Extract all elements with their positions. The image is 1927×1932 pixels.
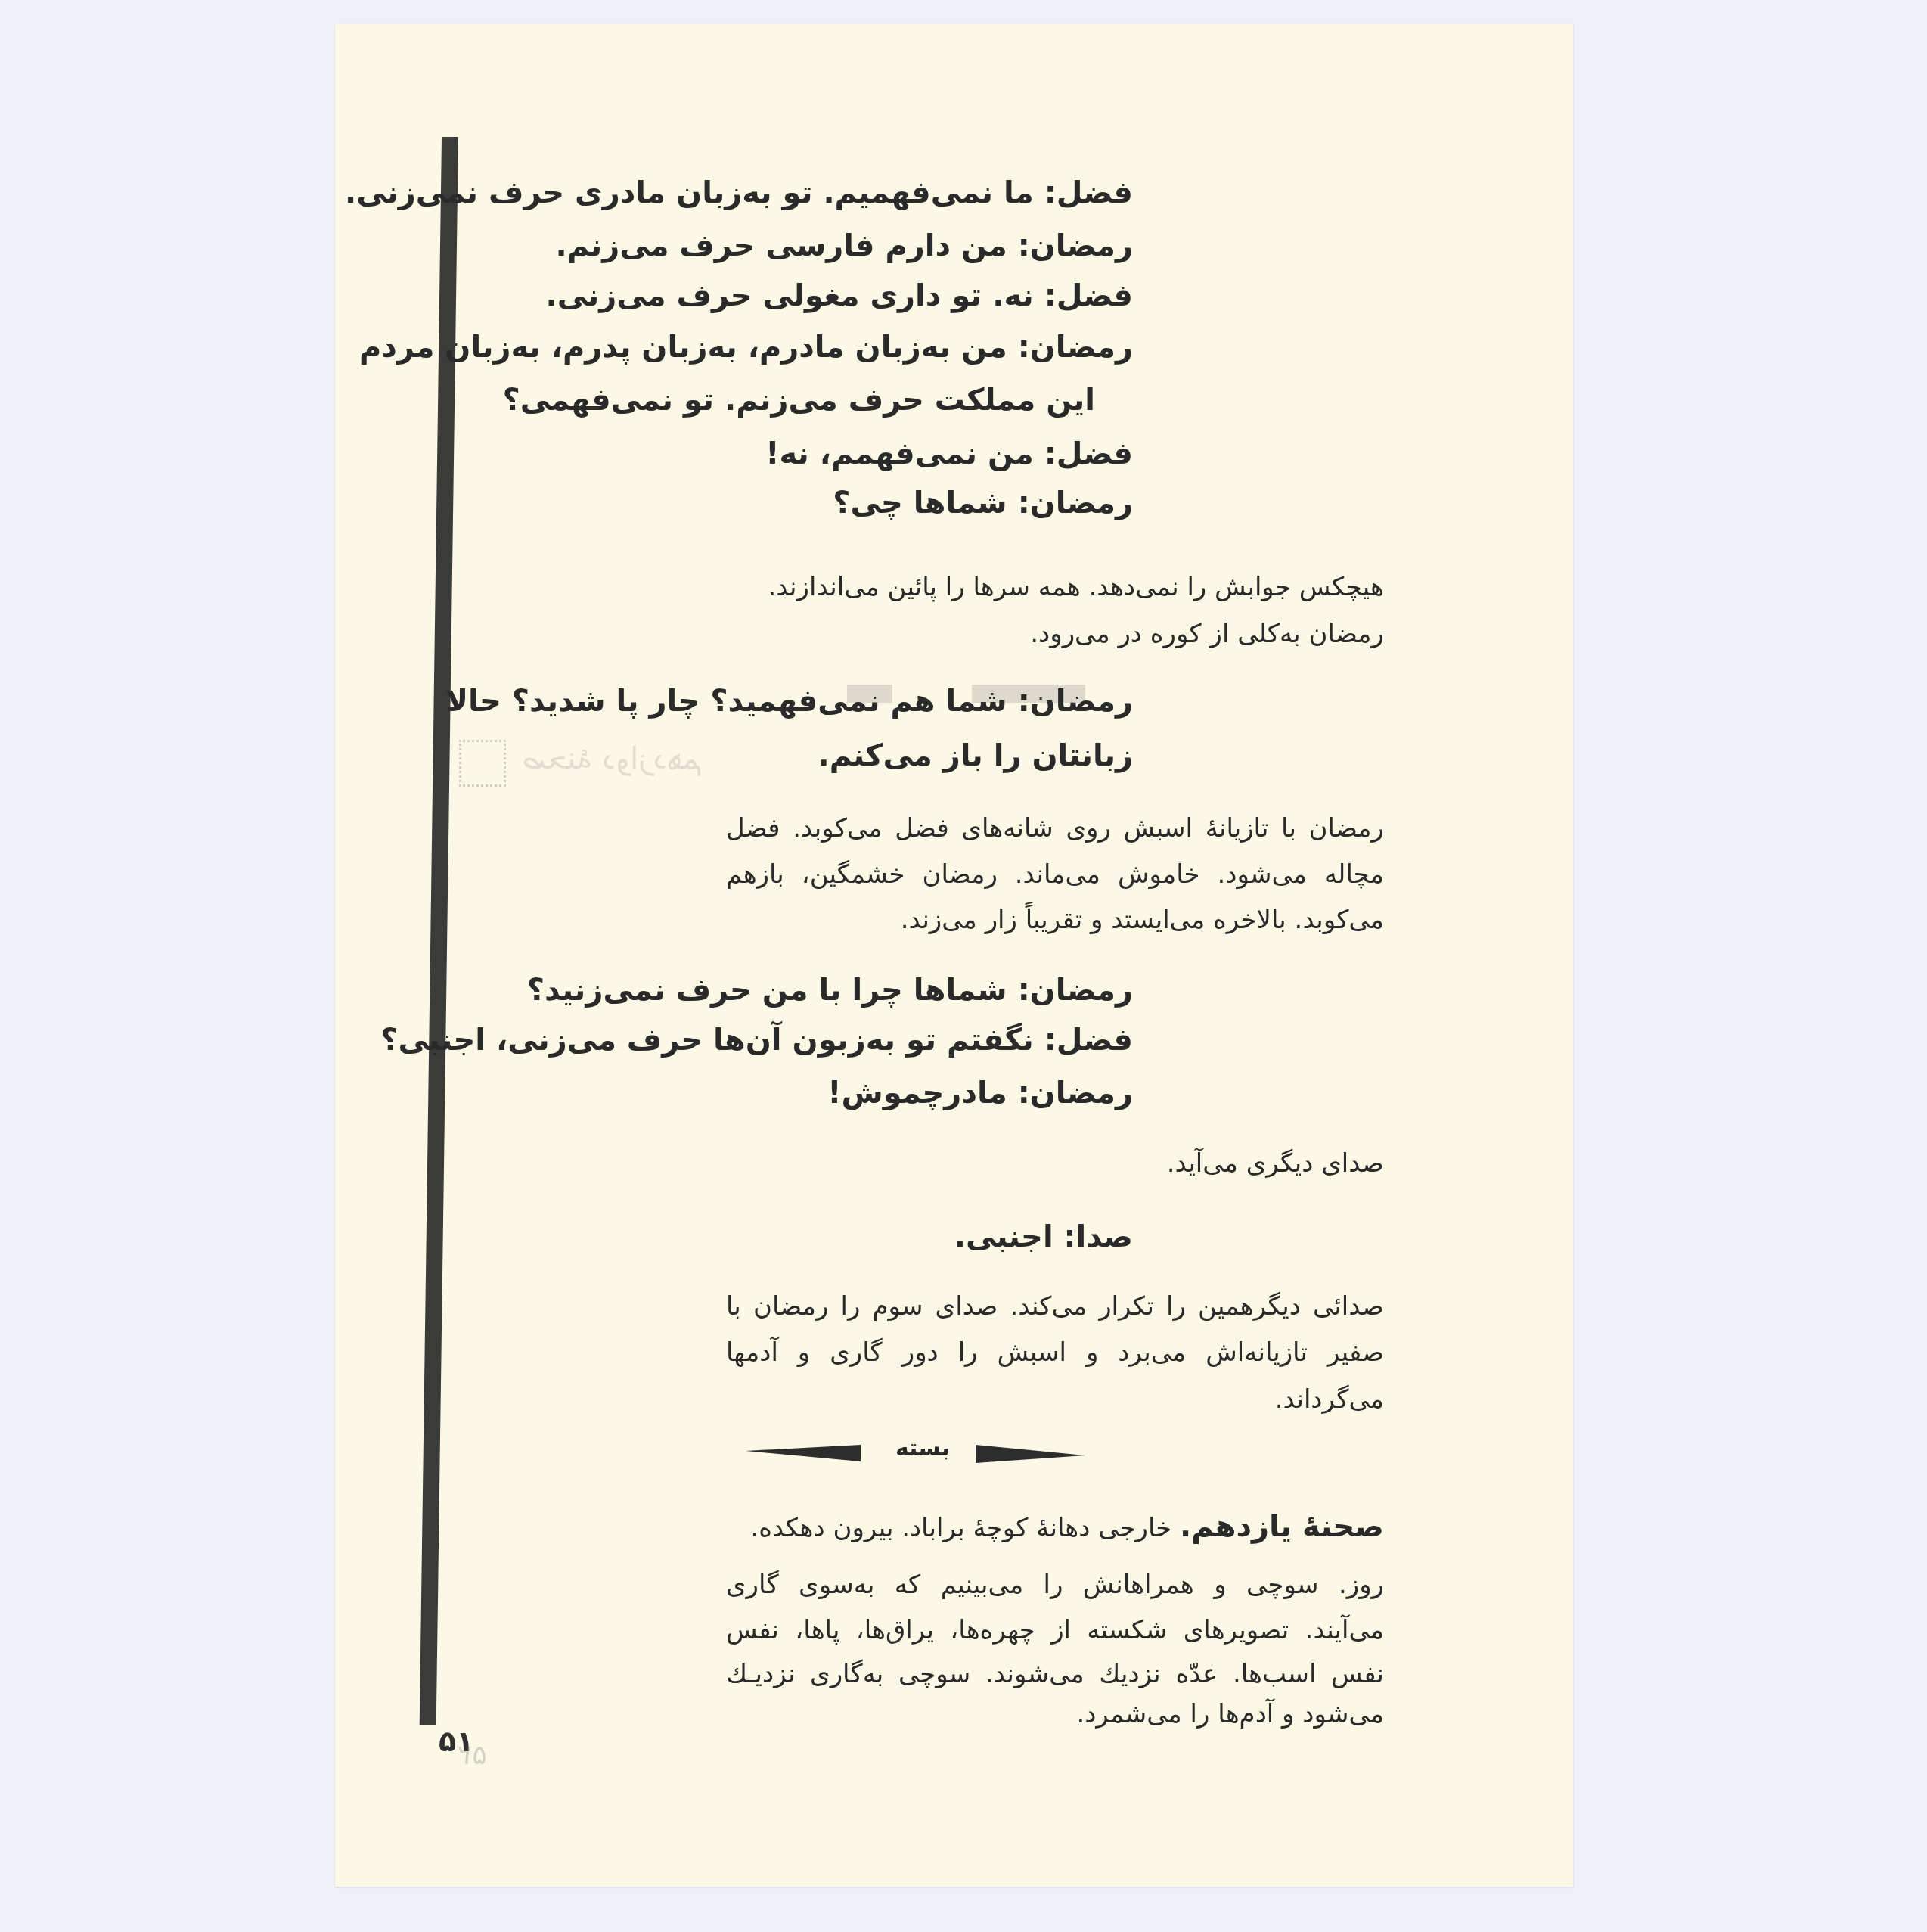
stage-direction: می‌آیند. تصویرهای شکسته از چهره‌ها، یراق… [726, 1615, 1384, 1645]
speech-text: نگفتم تو به‌زبون آن‌ها حرف می‌زنی، اجنبی… [380, 1023, 1034, 1058]
dialogue-line: رمضان: شماها چی؟ [833, 486, 1133, 520]
dialogue-line: فضل: نگفتم تو به‌زبون آن‌ها حرف می‌زنی، … [380, 1023, 1133, 1058]
dialogue-line: رمضان: شما هم نمی‌فهمید؟ چار پا شدید؟ حا… [490, 684, 1133, 719]
speaker-name: رمضان: [1018, 228, 1133, 263]
speaker-name: رمضان: [1018, 330, 1133, 365]
speaker-name: فضل: [1044, 436, 1133, 471]
dialogue-line: رمضان: مادرچموش! [827, 1076, 1133, 1110]
speech-text: زبانتان را باز می‌کنم. [818, 738, 1133, 773]
speaker-name: فضل: [1044, 1023, 1133, 1058]
speech-text: شماها چی؟ [833, 486, 1007, 520]
stage-direction: هیچکس جوابش را نمی‌دهد. همه سرها را پائی… [768, 572, 1384, 602]
stage-direction: صفیر تازیانه‌اش می‌برد و اسبش را دور گار… [726, 1337, 1384, 1368]
bleed-through-heading: صحنهٔ دوازدهم [522, 741, 703, 776]
scene-divider-label: بسته [889, 1435, 957, 1461]
stage-direction: مچاله می‌شود. خاموش می‌ماند. رمضان خشمگی… [726, 859, 1384, 890]
speech-text: این مملکت حرف می‌زنم. تو نمی‌فهمی؟ [503, 383, 1095, 418]
speech-text: من به‌زبان مادرم، به‌زبان پدرم، به‌زبان … [359, 330, 1007, 365]
scene-description: خارجی دهانهٔ کوچهٔ براباد. بیرون دهکده. [750, 1513, 1171, 1543]
speech-text: اجنبی. [954, 1219, 1053, 1254]
dialogue-continuation: زبانتان را باز می‌کنم. [818, 738, 1133, 773]
speech-text: مادرچموش! [827, 1076, 1007, 1110]
stage-direction: صدائی دیگرهمین را تکرار می‌کند. صدای سوم… [726, 1291, 1384, 1322]
speech-text: ما نمی‌فهمیم. تو به‌زبان مادری حرف نمی‌ز… [345, 175, 1034, 210]
speech-text: شما هم نمی‌فهمید؟ چار پا شدید؟ حالا [445, 684, 1007, 719]
speaker-name: صدا: [1064, 1219, 1133, 1254]
speech-text: من دارم فارسی حرف می‌زنم. [556, 228, 1007, 263]
stage-direction: رمضان به‌کلی از کوره در می‌رود. [1030, 619, 1384, 649]
stage-direction: صدای دیگری می‌آید. [1167, 1148, 1384, 1179]
stage-direction: روز. سوچی و همراهانش را می‌بینیم که به‌س… [726, 1570, 1384, 1600]
dialogue-line: رمضان: شماها چرا با من حرف نمی‌زنید؟ [527, 973, 1133, 1008]
stage-direction: می‌کوبد. بالاخره می‌ایستد و تقریباً زار … [901, 905, 1384, 935]
dialogue-line: فضل: نه. تو داری مغولی حرف می‌زنی. [546, 278, 1133, 313]
speaker-name: رمضان: [1018, 684, 1133, 719]
speech-text: شماها چرا با من حرف نمی‌زنید؟ [527, 973, 1007, 1008]
speaker-name: فضل: [1044, 278, 1133, 313]
bleed-through-box [459, 740, 506, 787]
speaker-name: رمضان: [1018, 486, 1133, 520]
stage-direction: می‌گرداند. [1275, 1384, 1384, 1415]
scene-heading-line: صحنهٔ یازدهم. خارجی دهانهٔ کوچهٔ براباد.… [750, 1509, 1384, 1544]
stage-direction: می‌شود و آدم‌ها را می‌شمرد. [1076, 1699, 1384, 1729]
scene-title: صحنهٔ یازدهم. [1180, 1509, 1384, 1544]
speech-text: من نمی‌فهمم، نه! [765, 436, 1033, 471]
dialogue-line: رمضان: من به‌زبان مادرم، به‌زبان پدرم، ب… [359, 330, 1133, 365]
stage-direction: رمضان با تازیانهٔ اسبش روی شانه‌های فضل … [726, 813, 1384, 843]
speech-text: نه. تو داری مغولی حرف می‌زنی. [546, 278, 1034, 313]
speaker-name: فضل: [1044, 175, 1133, 210]
dialogue-line: رمضان: من دارم فارسی حرف می‌زنم. [556, 228, 1133, 263]
dialogue-line: صدا: اجنبی. [954, 1219, 1133, 1254]
speaker-name: رمضان: [1018, 973, 1133, 1008]
speaker-name: رمضان: [1018, 1076, 1133, 1110]
dialogue-continuation: این مملکت حرف می‌زنم. تو نمی‌فهمی؟ [503, 383, 1095, 418]
bleed-through-page-number: ۵۲ [458, 1740, 487, 1771]
stage-direction: نفس اسب‌ها. عدّه نزدیك می‌شوند. سوچی به‌… [726, 1659, 1384, 1689]
dialogue-line: فضل: ما نمی‌فهمیم. تو به‌زبان مادری حرف … [345, 175, 1133, 210]
dialogue-line: فضل: من نمی‌فهمم، نه! [765, 436, 1133, 471]
